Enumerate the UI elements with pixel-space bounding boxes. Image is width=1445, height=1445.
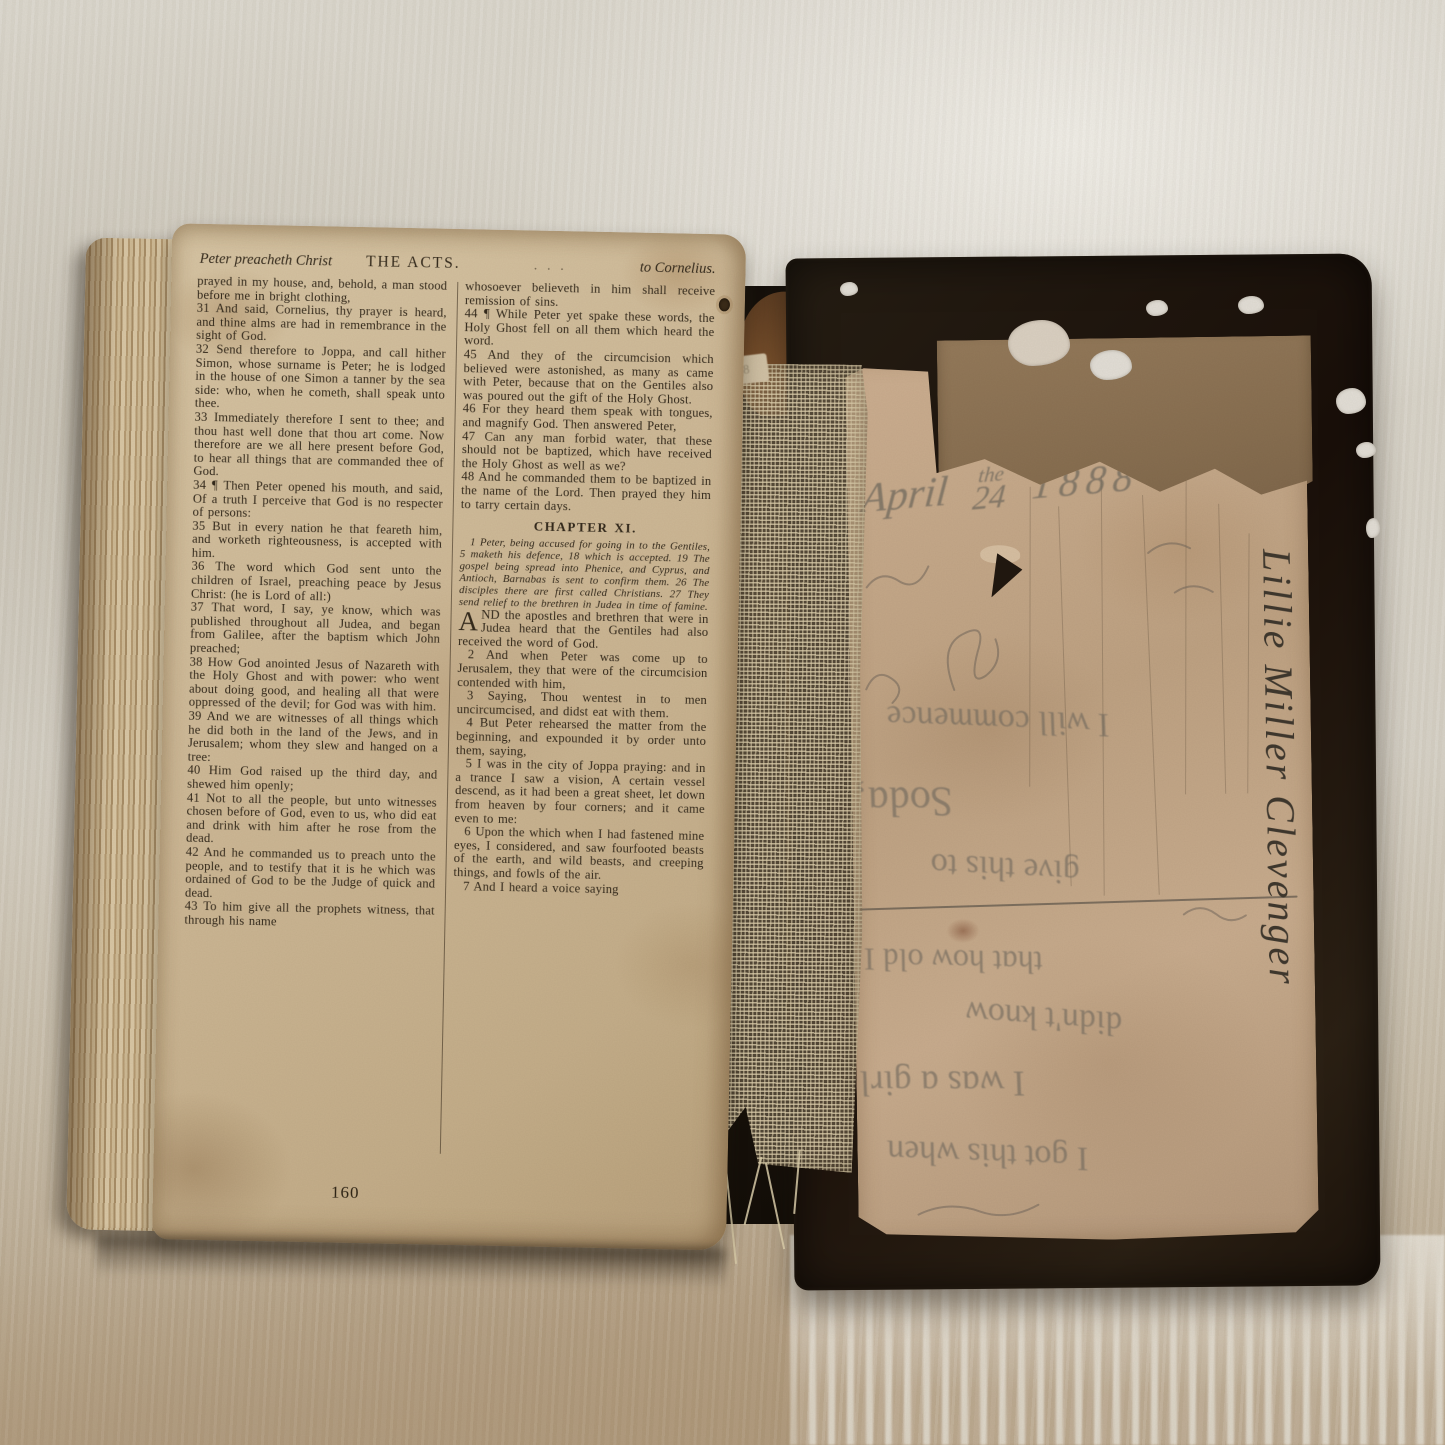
verse-paragraph: 43 To him give all the prophets witness,… xyxy=(184,900,434,932)
open-bible-left-pages: Peter preacheth Christ THE ACTS. . . . t… xyxy=(66,221,747,1268)
left-column: prayed in my house, and, behold, a man s… xyxy=(180,275,448,1158)
verse-paragraph: 34 ¶ Then Peter opened his mouth, and sa… xyxy=(192,479,443,525)
vertical-signature: Lillie Miller Clevenger xyxy=(1253,549,1307,987)
verse-paragraph: 33 Immediately therefore I sent to thee;… xyxy=(193,411,444,484)
upside-down-note-line: that how old I xyxy=(861,940,1047,981)
upside-down-note-line: I will commence xyxy=(883,697,1114,743)
verse-paragraph: 36 The word which God sent unto the chil… xyxy=(191,560,442,606)
pencil-scratch xyxy=(1058,506,1072,886)
upside-down-note-line: I was a girl xyxy=(856,1062,1030,1104)
chapter-heading: CHAPTER XI. xyxy=(460,518,710,537)
verse-paragraph-dropcap: AND the apostles and brethren that were … xyxy=(458,608,709,654)
printed-bible-text: Peter preacheth Christ THE ACTS. . . . t… xyxy=(179,250,718,1216)
running-header: Peter preacheth Christ THE ACTS. . . . t… xyxy=(200,250,716,278)
photo-antique-bible: April the 24 1888 I will commence Soda, … xyxy=(0,0,1445,1445)
upside-down-note-line: give this to xyxy=(928,845,1084,891)
acts11-verses: 2 And when Peter was come up to Jerusale… xyxy=(453,648,708,898)
verse-paragraph: 42 And he commanded us to preach unto th… xyxy=(185,846,436,905)
verse-paragraph: 44 ¶ While Peter yet spake these words, … xyxy=(464,307,715,353)
date-month: April xyxy=(859,468,949,524)
acts10-verses: whosoever believeth in him shall receive… xyxy=(461,280,716,516)
verse-paragraph: 31 And said, Cornelius, thy prayer is he… xyxy=(196,302,447,348)
worm-hole xyxy=(719,298,730,311)
chapter-summary: 1 Peter, being accused for going in to t… xyxy=(459,536,710,613)
verse-paragraph: 47 Can any man forbid water, that these … xyxy=(462,430,713,476)
verse-paragraph: 45 And they of the circumcision which be… xyxy=(463,348,714,407)
verse-paragraph: 39 And we are witnesses of all things wh… xyxy=(188,710,439,769)
verse-paragraph: 35 But in every nation he that feareth h… xyxy=(192,519,443,565)
verse-paragraph: 6 Upon the which when I had fastened min… xyxy=(453,825,704,884)
date-the-24: the 24 xyxy=(971,465,1008,514)
pencil-rule-line xyxy=(860,896,1298,911)
verse-paragraph: 4 But Peter rehearsed the matter from th… xyxy=(456,716,707,762)
verse-one-text: ND the apostles and brethren that were i… xyxy=(458,607,709,651)
upside-down-note-line: didn't know xyxy=(962,993,1126,1043)
upside-down-note-line: I got this when xyxy=(884,1132,1092,1178)
header-title: THE ACTS. xyxy=(366,253,461,273)
verse-paragraph: 48 And he commanded them to be baptized … xyxy=(461,470,712,516)
pencil-scratch xyxy=(1142,495,1160,895)
pencil-scratch xyxy=(1218,504,1226,794)
two-column-text: prayed in my house, and, behold, a man s… xyxy=(180,275,718,1163)
header-left: Peter preacheth Christ xyxy=(200,251,333,271)
left-page: Peter preacheth Christ THE ACTS. . . . t… xyxy=(152,223,746,1250)
verse-paragraph: 38 How God anointed Jesus of Nazareth wi… xyxy=(189,655,440,714)
verse-paragraph: 37 That word, I say, ye know, which was … xyxy=(190,601,441,660)
verse-paragraph: 2 And when Peter was come up to Jerusale… xyxy=(457,648,708,694)
pencil-scratch xyxy=(1101,476,1105,896)
pencil-scratch xyxy=(1247,533,1249,793)
header-right: to Cornelius. xyxy=(640,260,716,279)
pencil-scratch xyxy=(1029,487,1031,787)
page-number: 160 xyxy=(331,1183,360,1204)
right-column: whosoever believeth in him shall receive… xyxy=(448,280,716,1163)
header-dots: . . . xyxy=(460,256,640,277)
drop-cap: A xyxy=(458,608,481,633)
date-day: 24 xyxy=(971,483,1006,514)
verse-paragraph: 32 Send therefore to Joppa, and call hit… xyxy=(195,343,446,416)
pencil-scratch xyxy=(1185,464,1187,794)
upside-down-note-line: Soda, xyxy=(853,777,958,825)
verse-paragraph: 41 Not to all the people, but unto witne… xyxy=(186,791,437,850)
verse-paragraph: 5 I was in the city of Joppa praying: an… xyxy=(454,757,705,830)
